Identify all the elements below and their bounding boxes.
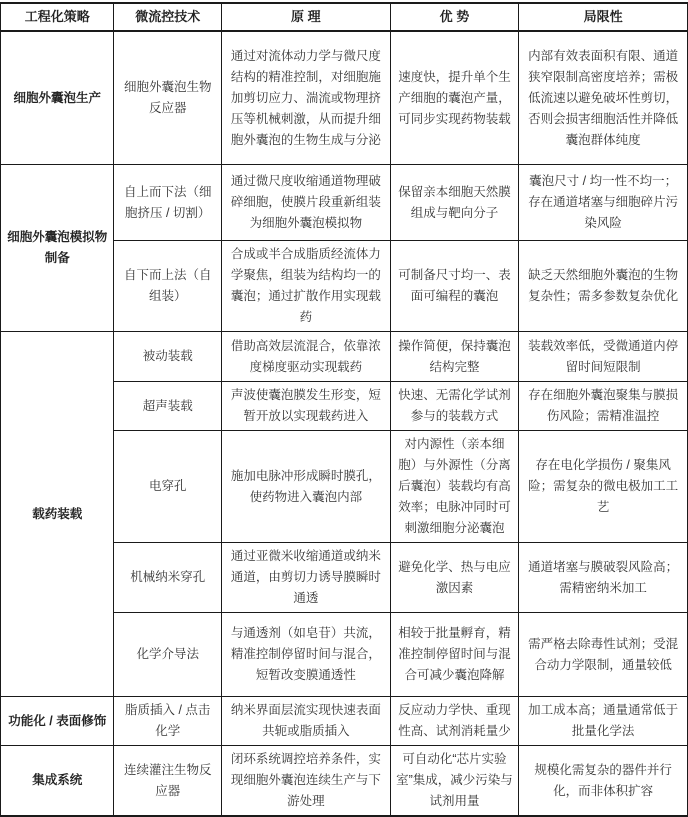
tech-cell: 机械纳米穿孔 [114, 543, 221, 613]
column-header-principle: 原 理 [221, 3, 390, 31]
principle-cell: 施加电脉冲形成瞬时膜孔，使药物进入囊泡内部 [221, 431, 390, 543]
principle-cell: 闭环系统调控培养条件，实现细胞外囊泡连续生产与下游处理 [221, 746, 390, 817]
tech-cell: 被动装载 [114, 332, 221, 382]
principle-cell: 声波使囊泡膜发生形变，短暂开放以实现载药进入 [221, 382, 390, 431]
limitation-cell: 通道堵塞与膜破裂风险高；需精密纳米加工 [519, 543, 688, 613]
tech-cell: 电穿孔 [114, 431, 221, 543]
tech-cell: 化学介导法 [114, 613, 221, 697]
strategy-cell: 功能化 / 表面修饰 [1, 697, 114, 746]
advantage-cell: 速度快，提升单个生产细胞的囊泡产量，可同步实现药物装载 [390, 31, 519, 165]
table-row: 载药装载 被动装载 借助高效层流混合，依靠浓度梯度驱动实现载药 操作简便，保持囊… [1, 332, 688, 382]
principle-cell: 与通透剂（如皂苷）共流，精准控制停留时间与混合，短暂改变膜通透性 [221, 613, 390, 697]
tech-cell: 自下而上法（自组装） [114, 241, 221, 332]
strategy-cell: 载药装载 [1, 332, 114, 697]
column-header-strategy: 工程化策略 [1, 3, 114, 31]
header-row: 工程化策略 微流控技术 原 理 优 势 局限性 [1, 3, 688, 31]
column-header-advantage: 优 势 [390, 3, 519, 31]
limitation-cell: 存在电化学损伤 / 聚集风险；需复杂的微电极加工工艺 [519, 431, 688, 543]
advantage-cell: 可自动化“芯片实验室”集成，减少污染与试剂用量 [390, 746, 519, 817]
column-header-tech: 微流控技术 [114, 3, 221, 31]
table-row: 集成系统 连续灌注生物反应器 闭环系统调控培养条件，实现细胞外囊泡连续生产与下游… [1, 746, 688, 817]
table-row: 细胞外囊泡模拟物制备 自上而下法（细胞挤压 / 切割） 通过微尺度收缩通道物理破… [1, 165, 688, 241]
strategy-cell: 细胞外囊泡模拟物制备 [1, 165, 114, 332]
principle-cell: 通过微尺度收缩通道物理破碎细胞，使膜片段重新组装为细胞外囊泡模拟物 [221, 165, 390, 241]
limitation-cell: 囊泡尺寸 / 均一性不均一；存在通道堵塞与细胞碎片污染风险 [519, 165, 688, 241]
limitation-cell: 缺乏天然细胞外囊泡的生物复杂性；需多参数复杂优化 [519, 241, 688, 332]
strategy-cell: 集成系统 [1, 746, 114, 817]
principle-cell: 通过对流体动力学与微尺度结构的精准控制，对细胞施加剪切应力、湍流或物理挤压等机械… [221, 31, 390, 165]
table-row: 细胞外囊泡生产 细胞外囊泡生物反应器 通过对流体动力学与微尺度结构的精准控制，对… [1, 31, 688, 165]
advantage-cell: 避免化学、热与电应激因素 [390, 543, 519, 613]
limitation-cell: 加工成本高；通量通常低于批量化学法 [519, 697, 688, 746]
principle-cell: 纳米界面层流实现快速表面共轭或脂质插入 [221, 697, 390, 746]
limitation-cell: 内部有效表面积有限、通道狭窄限制高密度培养；需极低流速以避免破坏性剪切，否则会损… [519, 31, 688, 165]
limitation-cell: 规模化需复杂的器件并行化，而非体积扩容 [519, 746, 688, 817]
limitation-cell: 需严格去除毒性试剂；受混合动力学限制，通量较低 [519, 613, 688, 697]
advantage-cell: 反应动力学快、重现性高、试剂消耗量少 [390, 697, 519, 746]
tech-cell: 细胞外囊泡生物反应器 [114, 31, 221, 165]
advantage-cell: 相较于批量孵育，精准控制停留时间与混合可减少囊泡降解 [390, 613, 519, 697]
tech-cell: 脂质插入 / 点击化学 [114, 697, 221, 746]
advantage-cell: 保留亲本细胞天然膜组成与靶向分子 [390, 165, 519, 241]
principle-cell: 合成或半合成脂质经流体力学聚焦，组装为结构均一的囊泡；通过扩散作用实现载药 [221, 241, 390, 332]
tech-cell: 超声装载 [114, 382, 221, 431]
limitation-cell: 装载效率低，受微通道内停留时间短限制 [519, 332, 688, 382]
table-row: 功能化 / 表面修饰 脂质插入 / 点击化学 纳米界面层流实现快速表面共轭或脂质… [1, 697, 688, 746]
principle-cell: 通过亚微米收缩通道或纳米通道，由剪切力诱导膜瞬时通透 [221, 543, 390, 613]
column-header-limitation: 局限性 [519, 3, 688, 31]
advantage-cell: 可制备尺寸均一、表面可编程的囊泡 [390, 241, 519, 332]
strategy-cell: 细胞外囊泡生产 [1, 31, 114, 165]
advantage-cell: 对内源性（亲本细胞）与外源性（分离后囊泡）装载均有高效率；电脉冲同时可刺激细胞分… [390, 431, 519, 543]
advantage-cell: 快速、无需化学试剂参与的装载方式 [390, 382, 519, 431]
tech-cell: 自上而下法（细胞挤压 / 切割） [114, 165, 221, 241]
tech-cell: 连续灌注生物反应器 [114, 746, 221, 817]
limitation-cell: 存在细胞外囊泡聚集与膜损伤风险；需精准温控 [519, 382, 688, 431]
comparison-table: 工程化策略 微流控技术 原 理 优 势 局限性 细胞外囊泡生产 细胞外囊泡生物反… [0, 2, 688, 817]
principle-cell: 借助高效层流混合，依靠浓度梯度驱动实现载药 [221, 332, 390, 382]
advantage-cell: 操作简便，保持囊泡结构完整 [390, 332, 519, 382]
